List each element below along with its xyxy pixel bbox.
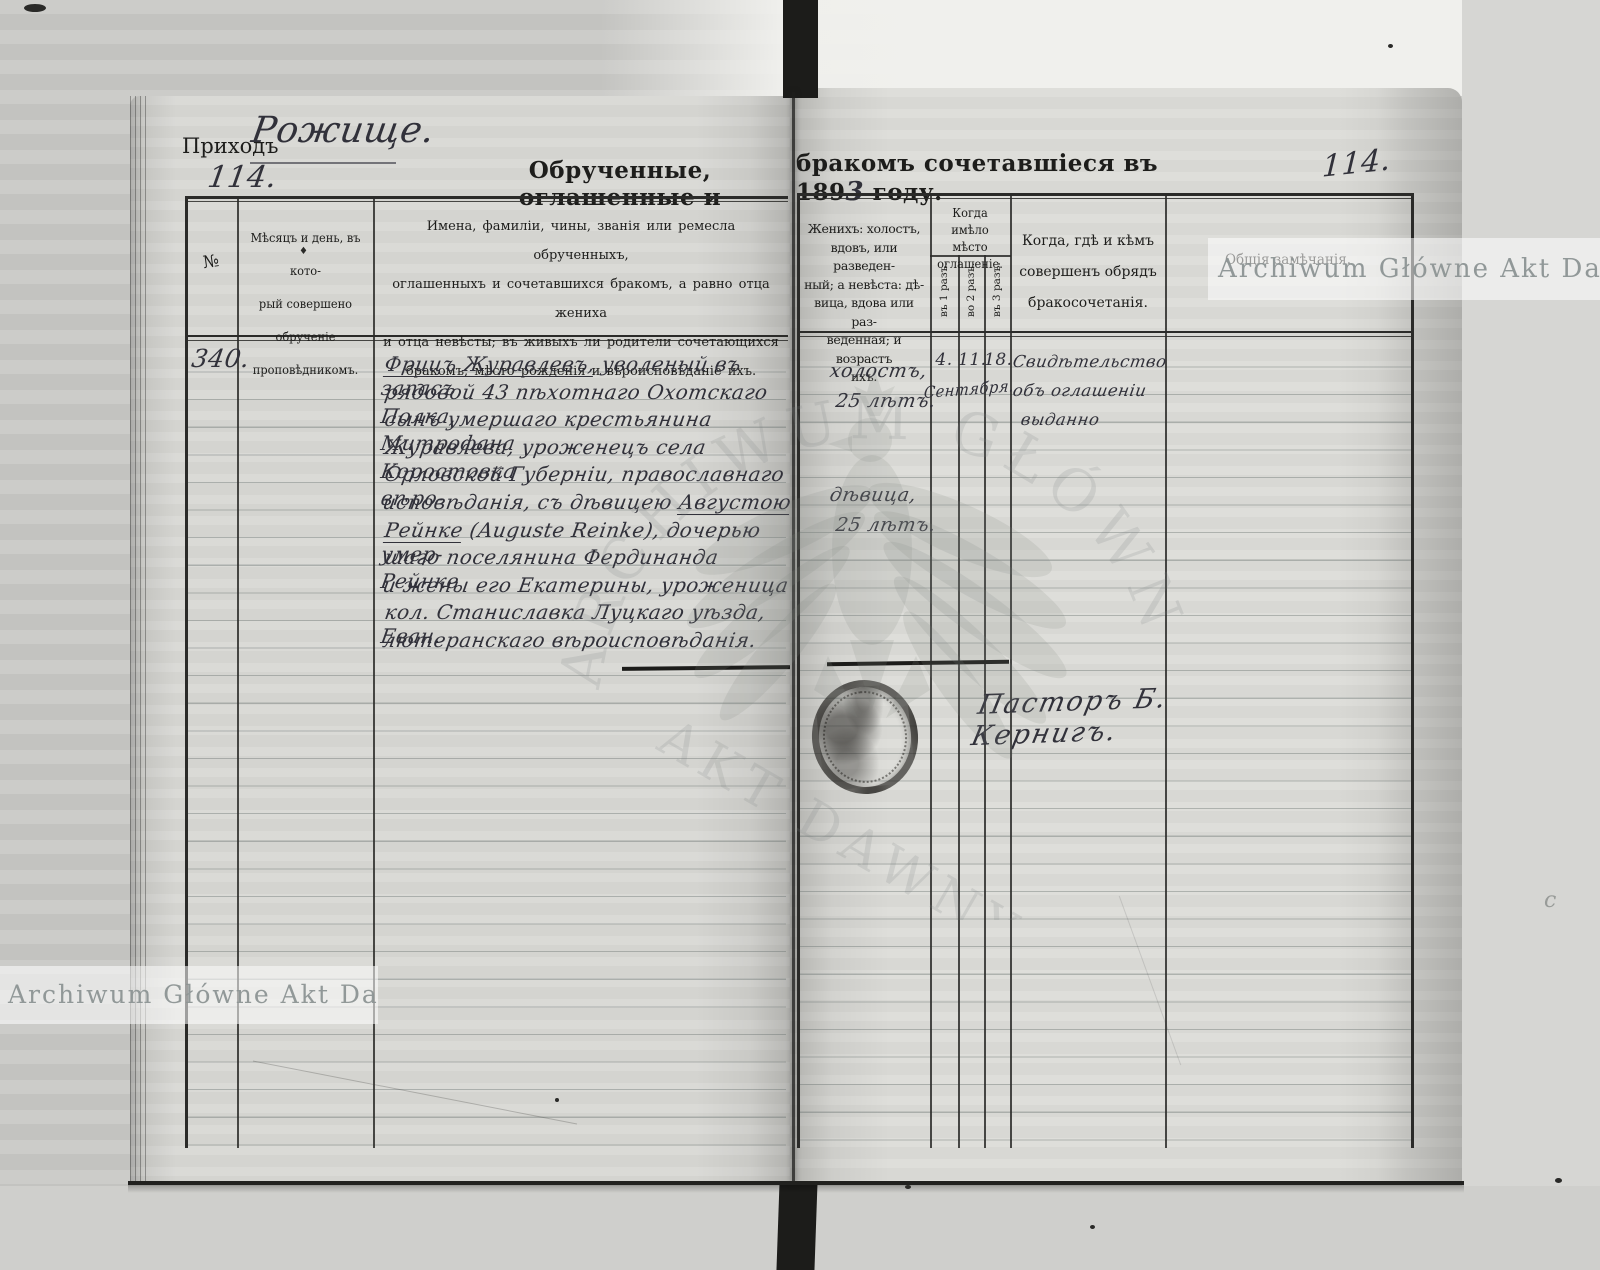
table-line bbox=[797, 193, 1413, 196]
book-bottom-shadow bbox=[128, 1185, 1464, 1193]
watermark-band-bottom-left: Archiwum Główne Akt Dawnych bbox=[0, 966, 378, 1024]
col-header-banns-3: въ 3 разъ. bbox=[991, 263, 1003, 317]
dust-speck bbox=[555, 1098, 559, 1102]
table-line bbox=[185, 196, 788, 199]
binding-ribbon-top bbox=[783, 0, 818, 98]
watermark-text: Archiwum Główne Akt Dawnych bbox=[1218, 254, 1600, 284]
register-title-left: Обрученные, оглашенные и bbox=[462, 157, 778, 211]
record-number: 340. bbox=[190, 344, 252, 373]
agad-eagle-watermark: ARCHIWUM GŁÓWNE AKT DAWNYCH bbox=[540, 320, 1200, 920]
bride-surname-underlined: Рейнке bbox=[383, 518, 465, 543]
table-line bbox=[185, 201, 788, 202]
binding-ribbon-bottom bbox=[776, 1182, 817, 1270]
dust-speck bbox=[1090, 1225, 1095, 1229]
watermark-text: Archiwum Główne Akt Dawnych bbox=[8, 980, 378, 1009]
col-header-banns-2: во 2 разъ. bbox=[965, 263, 977, 317]
col-header-ceremony: Когда, гдѣ и кѣмъ совершенъ обрядъ брако… bbox=[1012, 226, 1164, 319]
table-line bbox=[1411, 193, 1414, 1148]
scanned-register-page: Приходъ Рожище. 114. 114. Обрученные, ог… bbox=[0, 0, 1600, 1270]
dust-speck bbox=[905, 1185, 911, 1189]
page-number-left: 114. bbox=[205, 160, 279, 195]
ink-blot-icon: ♦ bbox=[299, 246, 308, 257]
backdrop-top-band bbox=[600, 0, 1600, 96]
table-line bbox=[797, 198, 1413, 199]
col-header-banns-1: въ 1 разъ. bbox=[938, 263, 950, 317]
pencil-scribble: c bbox=[1544, 888, 1556, 913]
scan-edge-artifact bbox=[24, 4, 46, 12]
title-year-handwritten: 3 bbox=[846, 177, 865, 207]
backdrop-right-band bbox=[1462, 0, 1600, 1270]
page-number-right: 114. bbox=[1321, 142, 1391, 185]
dust-speck bbox=[1388, 44, 1393, 48]
dust-speck bbox=[1555, 1178, 1562, 1183]
watermark-band-top-right: Archiwum Główne Akt Dawnych bbox=[1208, 238, 1600, 300]
parish-name-handwritten: Рожище. bbox=[249, 110, 438, 151]
eagle-diag-text: AKT DAWNYCH bbox=[648, 707, 1121, 920]
